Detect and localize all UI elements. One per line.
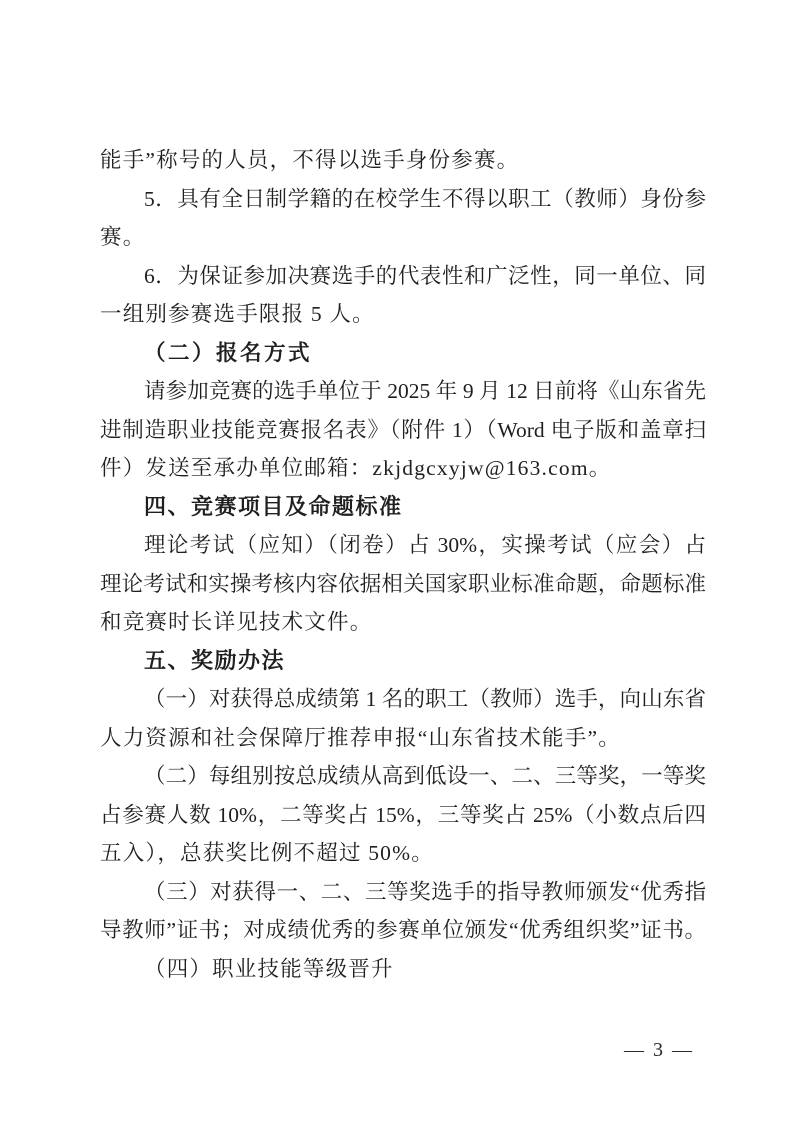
section-heading: 四、竞赛项目及命题标准	[100, 488, 706, 527]
text-line: （一）对获得总成绩第 1 名的职工（教师）选手，向山东省	[100, 680, 706, 719]
sub-heading: （二）报名方式	[100, 334, 706, 373]
text-line: 件）发送至承办单位邮箱：zkjdgcxyjw@163.com。	[100, 449, 706, 488]
text-line: 5．具有全日制学籍的在校学生不得以职工（教师）身份参	[100, 180, 706, 219]
text-line: 和竞赛时长详见技术文件。	[100, 603, 706, 642]
text-line: 五入），总获奖比例不超过 50%。	[100, 834, 706, 873]
page-number: — 3 —	[624, 1036, 694, 1064]
text-line: 理论考试和实操考核内容依据相关国家职业标准命题，命题标准	[100, 565, 706, 604]
text-line: 一组别参赛选手限报 5 人。	[100, 295, 706, 334]
document-page: 能手”称号的人员，不得以选手身份参赛。5．具有全日制学籍的在校学生不得以职工（教…	[0, 0, 800, 1131]
text-line: 导教师”证书；对成绩优秀的参赛单位颁发“优秀组织奖”证书。	[100, 911, 706, 950]
section-heading: 五、奖励办法	[100, 642, 706, 681]
text-line: 占参赛人数 10%，二等奖占 15%，三等奖占 25%（小数点后四舍	[100, 796, 706, 835]
text-line: （二）每组别按总成绩从高到低设一、二、三等奖，一等奖	[100, 757, 706, 796]
text-line: 赛。	[100, 218, 706, 257]
text-line: 进制造职业技能竞赛报名表》（附件 1）（Word 电子版和盖章扫描	[100, 411, 706, 450]
text-line: 6．为保证参加决赛选手的代表性和广泛性，同一单位、同	[100, 257, 706, 296]
text-line: （三）对获得一、二、三等奖选手的指导教师颁发“优秀指	[100, 873, 706, 912]
text-line: 理论考试（应知）（闭卷）占 30%，实操考试（应会）占 70%。	[100, 526, 706, 565]
document-body: 能手”称号的人员，不得以选手身份参赛。5．具有全日制学籍的在校学生不得以职工（教…	[100, 141, 706, 988]
text-line: 请参加竞赛的选手单位于 2025 年 9 月 12 日前将《山东省先	[100, 372, 706, 411]
text-line: （四）职业技能等级晋升	[100, 950, 706, 989]
text-line: 能手”称号的人员，不得以选手身份参赛。	[100, 141, 706, 180]
text-line: 人力资源和社会保障厅推荐申报“山东省技术能手”。	[100, 719, 706, 758]
